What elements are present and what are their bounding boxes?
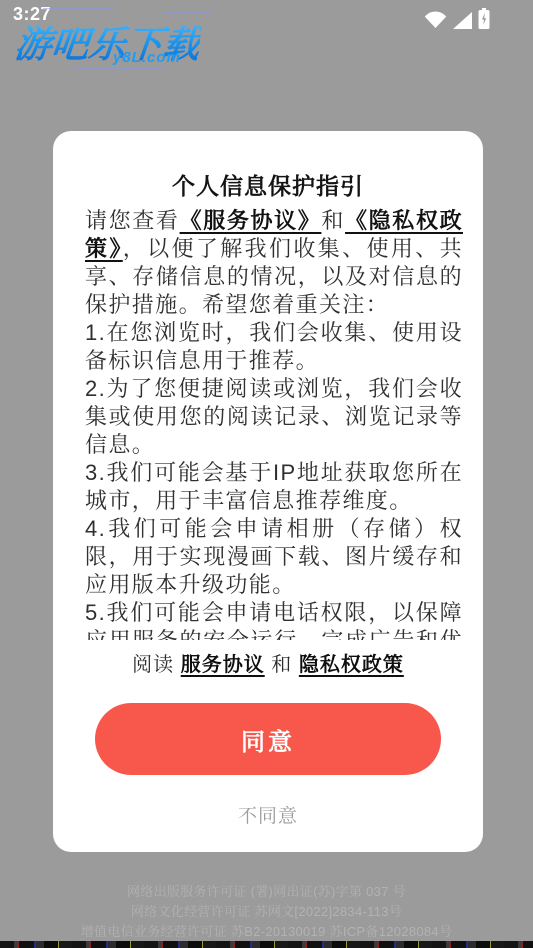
license-line: 网络文化经营许可证 苏网文[2022]2834-113号 bbox=[0, 902, 533, 922]
logo-glitch-line bbox=[73, 68, 163, 69]
status-time: 3:27 bbox=[13, 4, 51, 25]
agree-button[interactable]: 同意 bbox=[95, 703, 441, 775]
intro-text: ，以便了解我们收集、使用、共享、存储信息的情况，以及对信息的保护措施。希望您着重… bbox=[85, 236, 463, 317]
privacy-policy-link-bottom[interactable]: 隐私权政策 bbox=[299, 654, 404, 676]
status-bar: 3:27 bbox=[0, 0, 533, 34]
license-line: 网络出版服务许可证 (署)网出证(苏)字第 037 号 bbox=[0, 882, 533, 902]
read-label: 和 bbox=[265, 654, 299, 676]
privacy-dialog: 个人信息保护指引 请您查看《服务协议》和《隐私权政策》，以便了解我们收集、使用、… bbox=[53, 131, 483, 852]
screen-noise-strip bbox=[0, 941, 533, 948]
intro-paragraph: 请您查看《服务协议》和《隐私权政策》，以便了解我们收集、使用、共享、存储信息的情… bbox=[85, 207, 463, 319]
disagree-button[interactable]: 不同意 bbox=[53, 797, 483, 832]
wifi-icon bbox=[424, 11, 447, 29]
read-links-row: 阅读 服务协议 和 隐私权政策 bbox=[53, 648, 483, 677]
intro-text: 和 bbox=[321, 208, 345, 233]
notice-item: 2.为了您便捷阅读或浏览，我们会收集或使用您的阅读记录、浏览记录等信息。 bbox=[85, 375, 463, 459]
notice-item: 4.我们可能会申请相册（存储）权限，用于实现漫画下载、图片缓存和应用版本升级功能… bbox=[85, 515, 463, 599]
license-footer: 网络出版服务许可证 (署)网出证(苏)字第 037 号 网络文化经营许可证 苏网… bbox=[0, 882, 533, 942]
battery-charging-icon bbox=[478, 8, 490, 29]
logo-glitch-line bbox=[7, 42, 8, 64]
read-label: 阅读 bbox=[132, 654, 181, 676]
service-agreement-link-bottom[interactable]: 服务协议 bbox=[181, 654, 265, 676]
service-agreement-link[interactable]: 《服务协议》 bbox=[180, 208, 322, 233]
screen: { "status_bar": { "time": "3:27", "icons… bbox=[0, 0, 533, 948]
logo-domain-text: y8L.com bbox=[113, 49, 181, 66]
notice-item: 1.在您浏览时，我们会收集、使用设备标识信息用于推荐。 bbox=[85, 319, 463, 375]
notice-item: 3.我们可能会基于IP地址获取您所在城市，用于丰富信息推荐维度。 bbox=[85, 459, 463, 515]
intro-text: 请您查看 bbox=[85, 208, 180, 233]
dialog-title: 个人信息保护指引 bbox=[53, 168, 483, 201]
status-icons bbox=[424, 8, 490, 29]
signal-icon bbox=[453, 12, 472, 29]
notice-item: 5.我们可能会申请电话权限，以保障应用服务的安全运行、完成广告和优化等功能。 bbox=[85, 599, 463, 640]
dialog-body-scroll[interactable]: 请您查看《服务协议》和《隐私权政策》，以便了解我们收集、使用、共享、存储信息的情… bbox=[85, 207, 463, 640]
license-line: 增值电信业务经营许可证 苏B2-20130019 苏ICP备12028084号 bbox=[0, 922, 533, 942]
